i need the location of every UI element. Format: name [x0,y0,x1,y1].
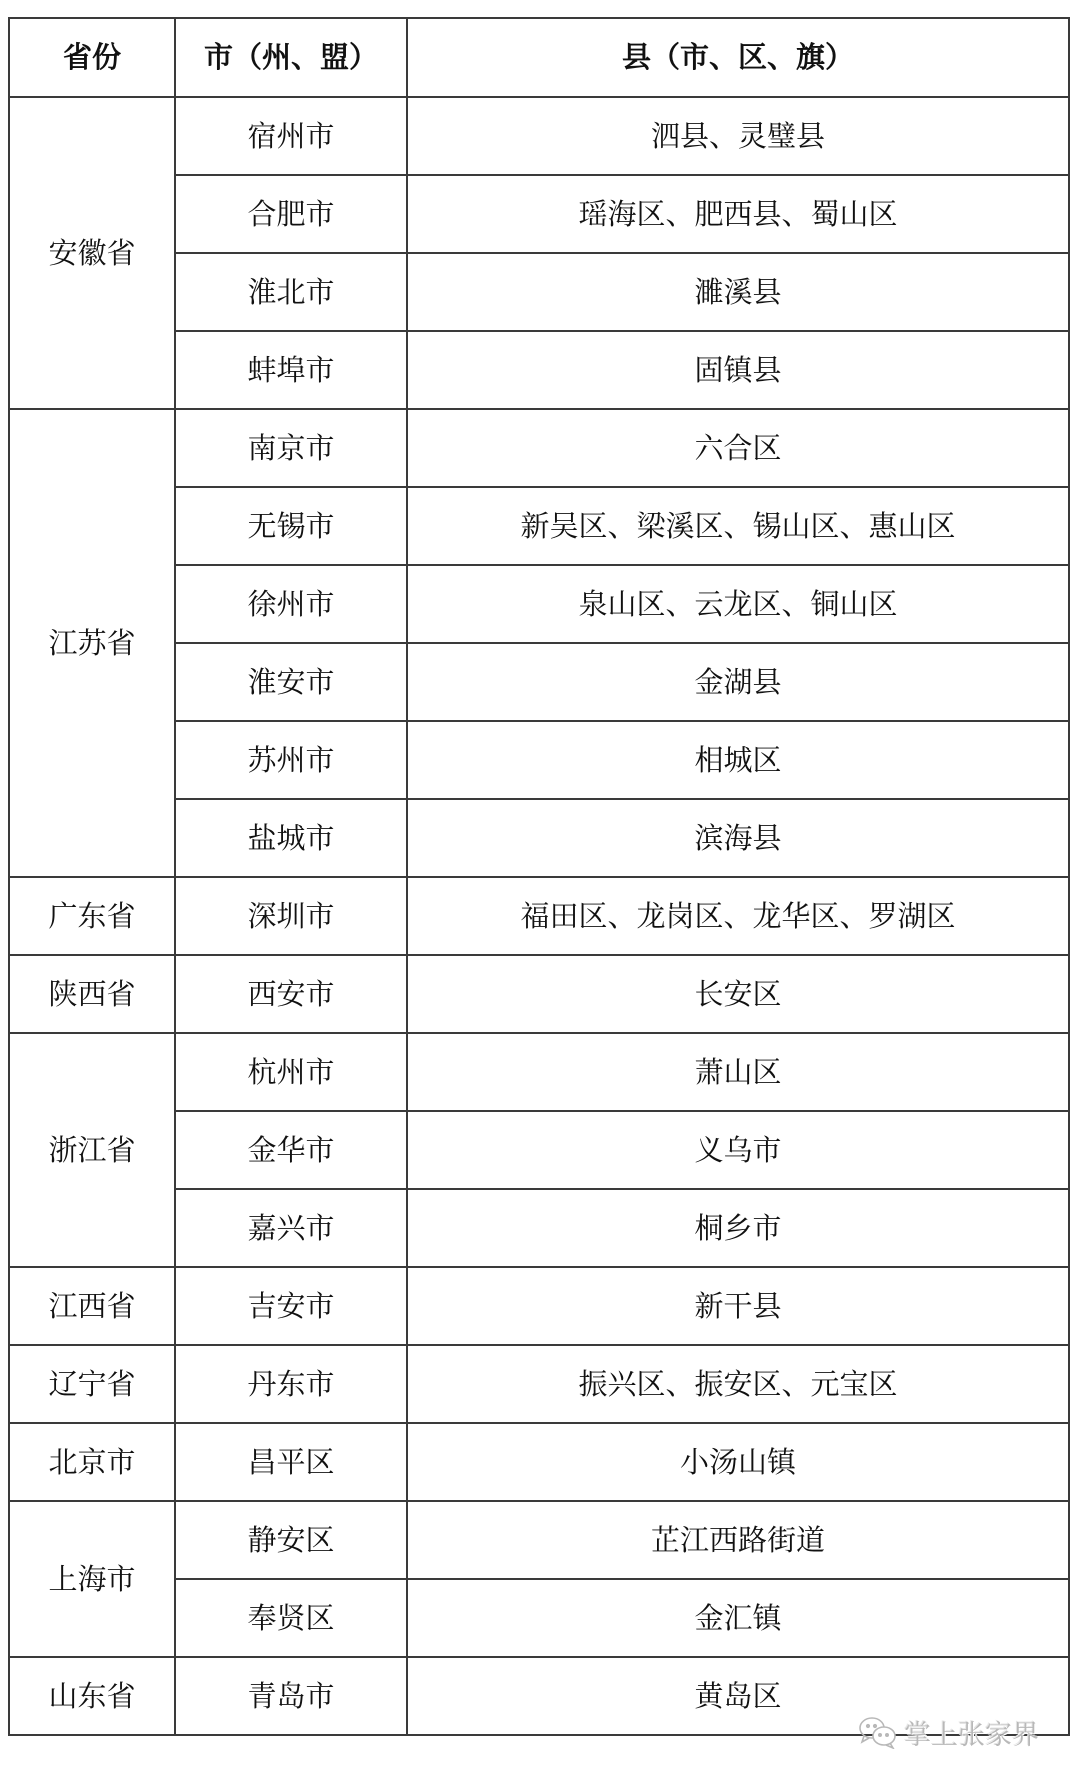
province-cell: 安徽省 [9,97,175,409]
city-cell: 合肥市 [175,175,407,253]
county-cell: 萧山区 [407,1033,1069,1111]
table-row: 江西省 吉安市 新干县 [9,1267,1069,1345]
city-cell: 西安市 [175,955,407,1033]
county-cell: 泉山区、云龙区、铜山区 [407,565,1069,643]
county-cell: 固镇县 [407,331,1069,409]
header-province: 省份 [9,18,175,97]
city-cell: 深圳市 [175,877,407,955]
county-cell: 芷江西路街道 [407,1501,1069,1579]
city-cell: 青岛市 [175,1657,407,1735]
table-row: 广东省 深圳市 福田区、龙岗区、龙华区、罗湖区 [9,877,1069,955]
county-cell: 新干县 [407,1267,1069,1345]
county-cell: 濉溪县 [407,253,1069,331]
city-cell: 丹东市 [175,1345,407,1423]
county-cell: 振兴区、振安区、元宝区 [407,1345,1069,1423]
county-cell: 泗县、灵璧县 [407,97,1069,175]
watermark: 掌上张家界 [858,1710,1039,1754]
city-cell: 淮安市 [175,643,407,721]
province-cell: 江苏省 [9,409,175,877]
watermark-text: 掌上张家界 [904,1713,1039,1752]
table-header-row: 省份 市（州、盟） 县（市、区、旗） [9,18,1069,97]
wechat-icon [858,1715,898,1749]
city-cell: 昌平区 [175,1423,407,1501]
province-cell: 广东省 [9,877,175,955]
region-table-container: 省份 市（州、盟） 县（市、区、旗） 安徽省 宿州市 泗县、灵璧县 合肥市 瑶海… [8,17,1068,1736]
table-row: 上海市 静安区 芷江西路街道 [9,1501,1069,1579]
city-cell: 静安区 [175,1501,407,1579]
county-cell: 小汤山镇 [407,1423,1069,1501]
city-cell: 嘉兴市 [175,1189,407,1267]
city-cell: 盐城市 [175,799,407,877]
county-cell: 长安区 [407,955,1069,1033]
county-cell: 义乌市 [407,1111,1069,1189]
province-cell: 辽宁省 [9,1345,175,1423]
city-cell: 蚌埠市 [175,331,407,409]
province-cell: 陕西省 [9,955,175,1033]
province-cell: 江西省 [9,1267,175,1345]
province-cell: 北京市 [9,1423,175,1501]
city-cell: 宿州市 [175,97,407,175]
city-cell: 奉贤区 [175,1579,407,1657]
city-cell: 淮北市 [175,253,407,331]
county-cell: 相城区 [407,721,1069,799]
county-cell: 金湖县 [407,643,1069,721]
city-cell: 杭州市 [175,1033,407,1111]
table-row: 江苏省 南京市 六合区 [9,409,1069,487]
county-cell: 桐乡市 [407,1189,1069,1267]
city-cell: 徐州市 [175,565,407,643]
header-city: 市（州、盟） [175,18,407,97]
table-row: 辽宁省 丹东市 振兴区、振安区、元宝区 [9,1345,1069,1423]
province-cell: 浙江省 [9,1033,175,1267]
city-cell: 金华市 [175,1111,407,1189]
county-cell: 六合区 [407,409,1069,487]
table-row: 陕西省 西安市 长安区 [9,955,1069,1033]
county-cell: 福田区、龙岗区、龙华区、罗湖区 [407,877,1069,955]
table-row: 北京市 昌平区 小汤山镇 [9,1423,1069,1501]
city-cell: 无锡市 [175,487,407,565]
county-cell: 金汇镇 [407,1579,1069,1657]
table-row: 安徽省 宿州市 泗县、灵璧县 [9,97,1069,175]
county-cell: 滨海县 [407,799,1069,877]
county-cell: 新吴区、梁溪区、锡山区、惠山区 [407,487,1069,565]
province-cell: 上海市 [9,1501,175,1657]
region-table: 省份 市（州、盟） 县（市、区、旗） 安徽省 宿州市 泗县、灵璧县 合肥市 瑶海… [8,17,1070,1736]
header-county: 县（市、区、旗） [407,18,1069,97]
province-cell: 山东省 [9,1657,175,1735]
table-row: 浙江省 杭州市 萧山区 [9,1033,1069,1111]
city-cell: 苏州市 [175,721,407,799]
city-cell: 南京市 [175,409,407,487]
county-cell: 瑶海区、肥西县、蜀山区 [407,175,1069,253]
city-cell: 吉安市 [175,1267,407,1345]
